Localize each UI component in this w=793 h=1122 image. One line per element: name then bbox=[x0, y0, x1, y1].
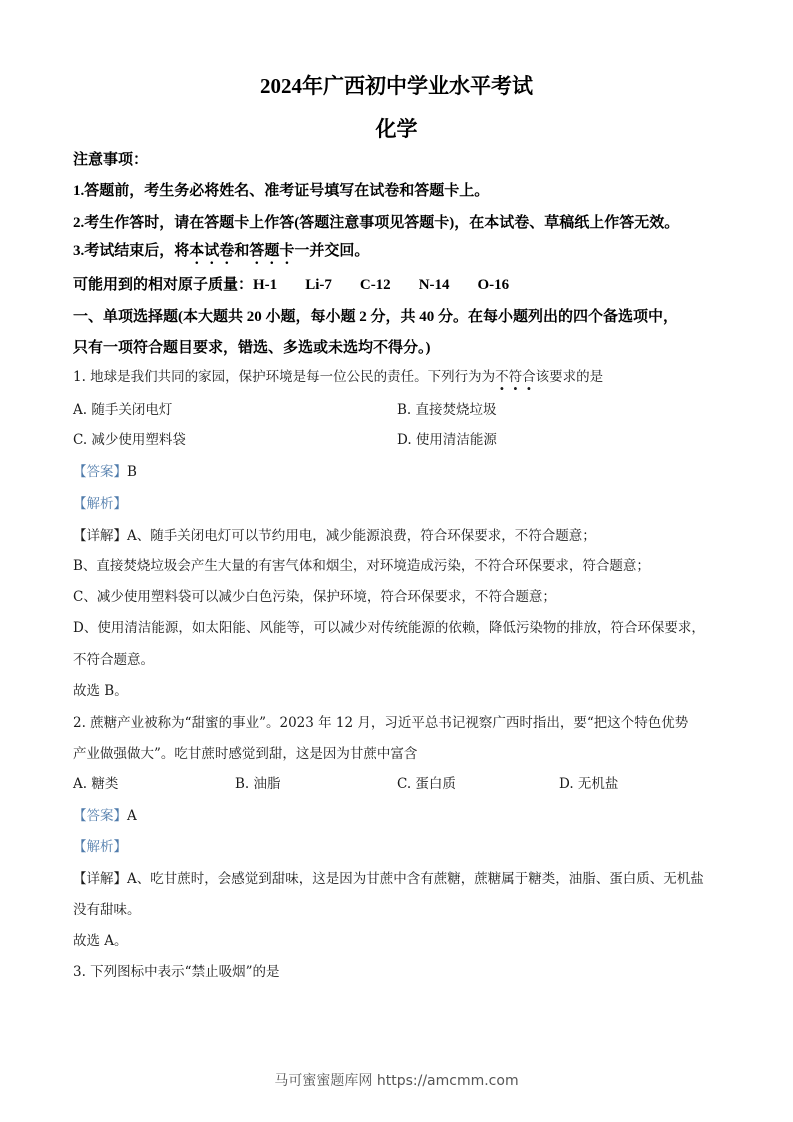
question-1-analysis-label: 【解析】 bbox=[73, 495, 127, 513]
notice-item-1: 1.答题前，考生务必将姓名、准考证号填写在试卷和答题卡上。 bbox=[73, 181, 489, 201]
detail-label: 【详解】 bbox=[73, 871, 127, 887]
question-2-stem-line-1: 2. 蔗糖产业被称为“甜蜜的事业”。2023 年 12 月，习近平总书记视察广西… bbox=[73, 714, 688, 732]
question-1-detail-b: B、直接焚烧垃圾会产生大量的有害气体和烟尘，对环境造成污染，不符合环保要求，符合… bbox=[73, 557, 650, 575]
question-1-answer: 【答案】B bbox=[73, 463, 137, 481]
question-2-option-b: B. 油脂 bbox=[235, 775, 281, 793]
question-2-conclusion: 故选 A。 bbox=[73, 932, 128, 950]
detail-label: 【详解】 bbox=[73, 528, 127, 544]
question-2-detail-a: 【详解】A、吃甘蔗时，会感觉到甜味，这是因为甘蔗中含有蔗糖，蔗糖属于糖类，油脂、… bbox=[73, 870, 704, 888]
section-heading-line-2: 只有一项符合题目要求，错选、多选或未选均不得分。) bbox=[73, 338, 431, 358]
notice-heading: 注意事项： bbox=[73, 150, 148, 170]
question-1-option-d: D. 使用清洁能源 bbox=[397, 431, 497, 449]
question-1-option-b: B. 直接焚烧垃圾 bbox=[397, 401, 497, 419]
question-2-option-d: D. 无机盐 bbox=[559, 775, 618, 793]
footer-watermark: 马可蜜蜜题库网 https://amcmm.com bbox=[0, 1070, 793, 1090]
question-2-stem-line-2: 产业做强做大”。吃甘蔗时感觉到甜，这是因为甘蔗中富含 bbox=[73, 745, 417, 763]
question-1-stem: 1. 地球是我们共同的家园，保护环境是每一位公民的责任。下列行为为不符合该要求的… bbox=[73, 368, 603, 386]
answer-label: 【答案】 bbox=[73, 464, 127, 480]
question-2-detail-a-cont: 没有甜味。 bbox=[73, 901, 141, 919]
question-1-detail-d-cont: 不符合题意。 bbox=[73, 651, 154, 669]
question-3-stem: 3. 下列图标中表示“禁止吸烟”的是 bbox=[73, 963, 279, 981]
question-2-answer: 【答案】A bbox=[73, 807, 137, 825]
answer-label: 【答案】 bbox=[73, 808, 127, 824]
question-2-analysis-label: 【解析】 bbox=[73, 838, 127, 856]
question-1-option-c: C. 减少使用塑料袋 bbox=[73, 431, 186, 449]
exam-title: 2024年广西初中学业水平考试 bbox=[0, 70, 793, 100]
notice-item-2: 2.考生作答时，请在答题卡上作答(答题注意事项见答题卡)，在本试卷、草稿纸上作答… bbox=[73, 213, 679, 233]
question-2-option-a: A. 糖类 bbox=[73, 775, 118, 793]
question-1-detail-d: D、使用清洁能源，如太阳能、风能等，可以减少对传统能源的依赖，降低污染物的排放，… bbox=[73, 619, 705, 637]
question-1-detail-c: C、减少使用塑料袋可以减少白色污染，保护环境，符合环保要求，不符合题意； bbox=[73, 588, 556, 606]
question-1-option-a: A. 随手关闭电灯 bbox=[73, 401, 172, 419]
exam-page: 2024年广西初中学业水平考试 化学 注意事项： 1.答题前，考生务必将姓名、准… bbox=[0, 0, 793, 1122]
question-1-conclusion: 故选 B。 bbox=[73, 682, 128, 700]
exam-subject: 化学 bbox=[0, 113, 793, 143]
notice-item-3: 3.考试结束后，将本试卷和答题卡一并交回。 bbox=[73, 241, 369, 261]
section-heading-line-1: 一、单项选择题(本大题共 20 小题，每小题 2 分，共 40 分。在每小题列出… bbox=[73, 307, 678, 327]
atomic-masses: 可能用到的相对原子质量：H-1Li-7C-12N-14O-16 bbox=[73, 275, 509, 295]
question-1-detail-a: 【详解】A、随手关闭电灯可以节约用电，减少能源浪费，符合环保要求，不符合题意； bbox=[73, 527, 596, 545]
question-2-option-c: C. 蛋白质 bbox=[397, 775, 456, 793]
